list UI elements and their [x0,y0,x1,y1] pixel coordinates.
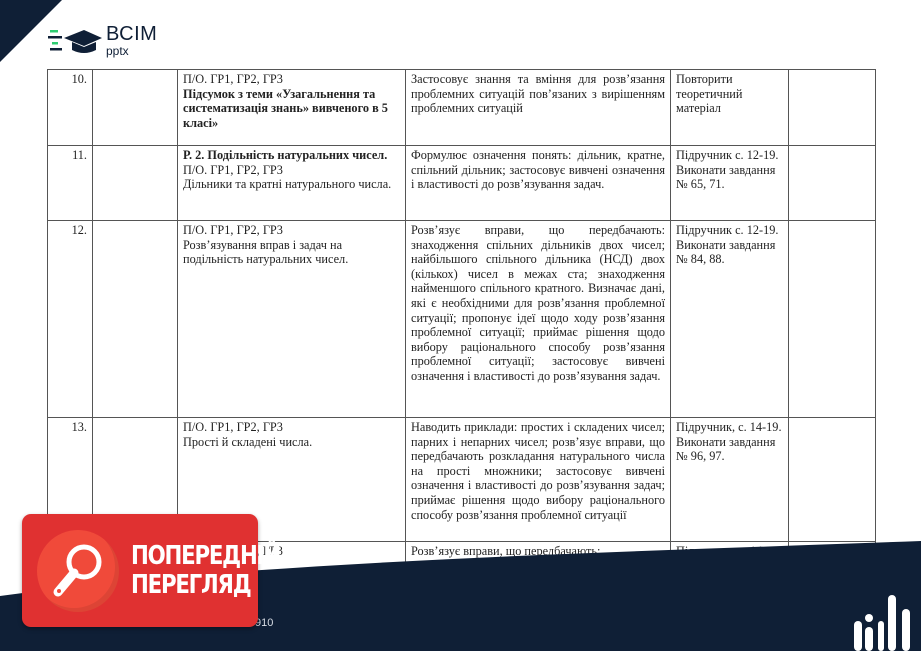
row-number: 10. [48,70,93,146]
bars-logo-icon [850,585,920,651]
topic-line: Дільники та кратні натурального числа. [183,177,400,192]
table-row: 10.П/О. ГР1, ГР2, ГР3Підсумок з теми «Уз… [48,70,876,146]
row-homework: Підручник с. 12-19. Виконати завдання № … [671,146,789,221]
row-number: 11. [48,146,93,221]
brand-title: ВСІМ [106,24,157,44]
topic-line: Прості й складені числа. [183,435,400,450]
row-notes [789,418,876,542]
topic-line: Розв’язування вправ і задач на подільніс… [183,238,400,267]
row-date [93,221,178,418]
graduation-cap-icon [48,26,102,56]
preview-label-line2: ПЕРЕГЛЯД [131,571,280,600]
table-row: 12.П/О. ГР1, ГР2, ГР3Розв’язування вправ… [48,221,876,418]
row-notes [789,221,876,418]
topic-line: П/О. ГР1, ГР2, ГР3 [183,420,400,435]
table-row: 11.Р. 2. Подільність натуральних чисел.П… [48,146,876,221]
row-notes [789,70,876,146]
topic-line: П/О. ГР1, ГР2, ГР3 [183,223,400,238]
brand-logo: ВСІМ pptx [48,24,157,57]
row-topic: П/О. ГР1, ГР2, ГР3Розв’язування вправ і … [178,221,406,418]
row-date [93,70,178,146]
row-activities: Наводить приклади: простих і складених ч… [406,418,671,542]
row-activities: Розв’язує вправи, що передбачають: знахо… [406,221,671,418]
topic-line: Р. 2. Подільність натуральних чисел. [183,148,400,163]
topic-line: Підсумок з теми «Узагальнення та система… [183,87,400,131]
preview-label-line1: ПОПЕРЕДНІЙ [131,542,280,571]
row-homework: Підручник с. 12-19. Виконати завдання № … [671,221,789,418]
lesson-plan-table: 10.П/О. ГР1, ГР2, ГР3Підсумок з теми «Уз… [47,69,876,572]
preview-badge[interactable]: ПОПЕРЕДНІЙ ПЕРЕГЛЯД [22,514,258,627]
row-activities: Застосовує знання та вміння для розв’яза… [406,70,671,146]
row-homework: Повторити теоретичний матеріал [671,70,789,146]
row-homework: Підручник, с. 14-19. Виконати завдання №… [671,418,789,542]
magnifier-icon [37,530,119,612]
row-date [93,146,178,221]
row-number: 12. [48,221,93,418]
topic-line: П/О. ГР1, ГР2, ГР3 [183,72,400,87]
topic-line: П/О. ГР1, ГР2, ГР3 [183,163,400,178]
row-notes [789,146,876,221]
brand-subtitle: pptx [106,45,157,57]
row-activities: Формулює означення понять: дільник, крат… [406,146,671,221]
row-topic: Р. 2. Подільність натуральних чисел.П/О.… [178,146,406,221]
row-topic: П/О. ГР1, ГР2, ГР3Підсумок з теми «Узага… [178,70,406,146]
